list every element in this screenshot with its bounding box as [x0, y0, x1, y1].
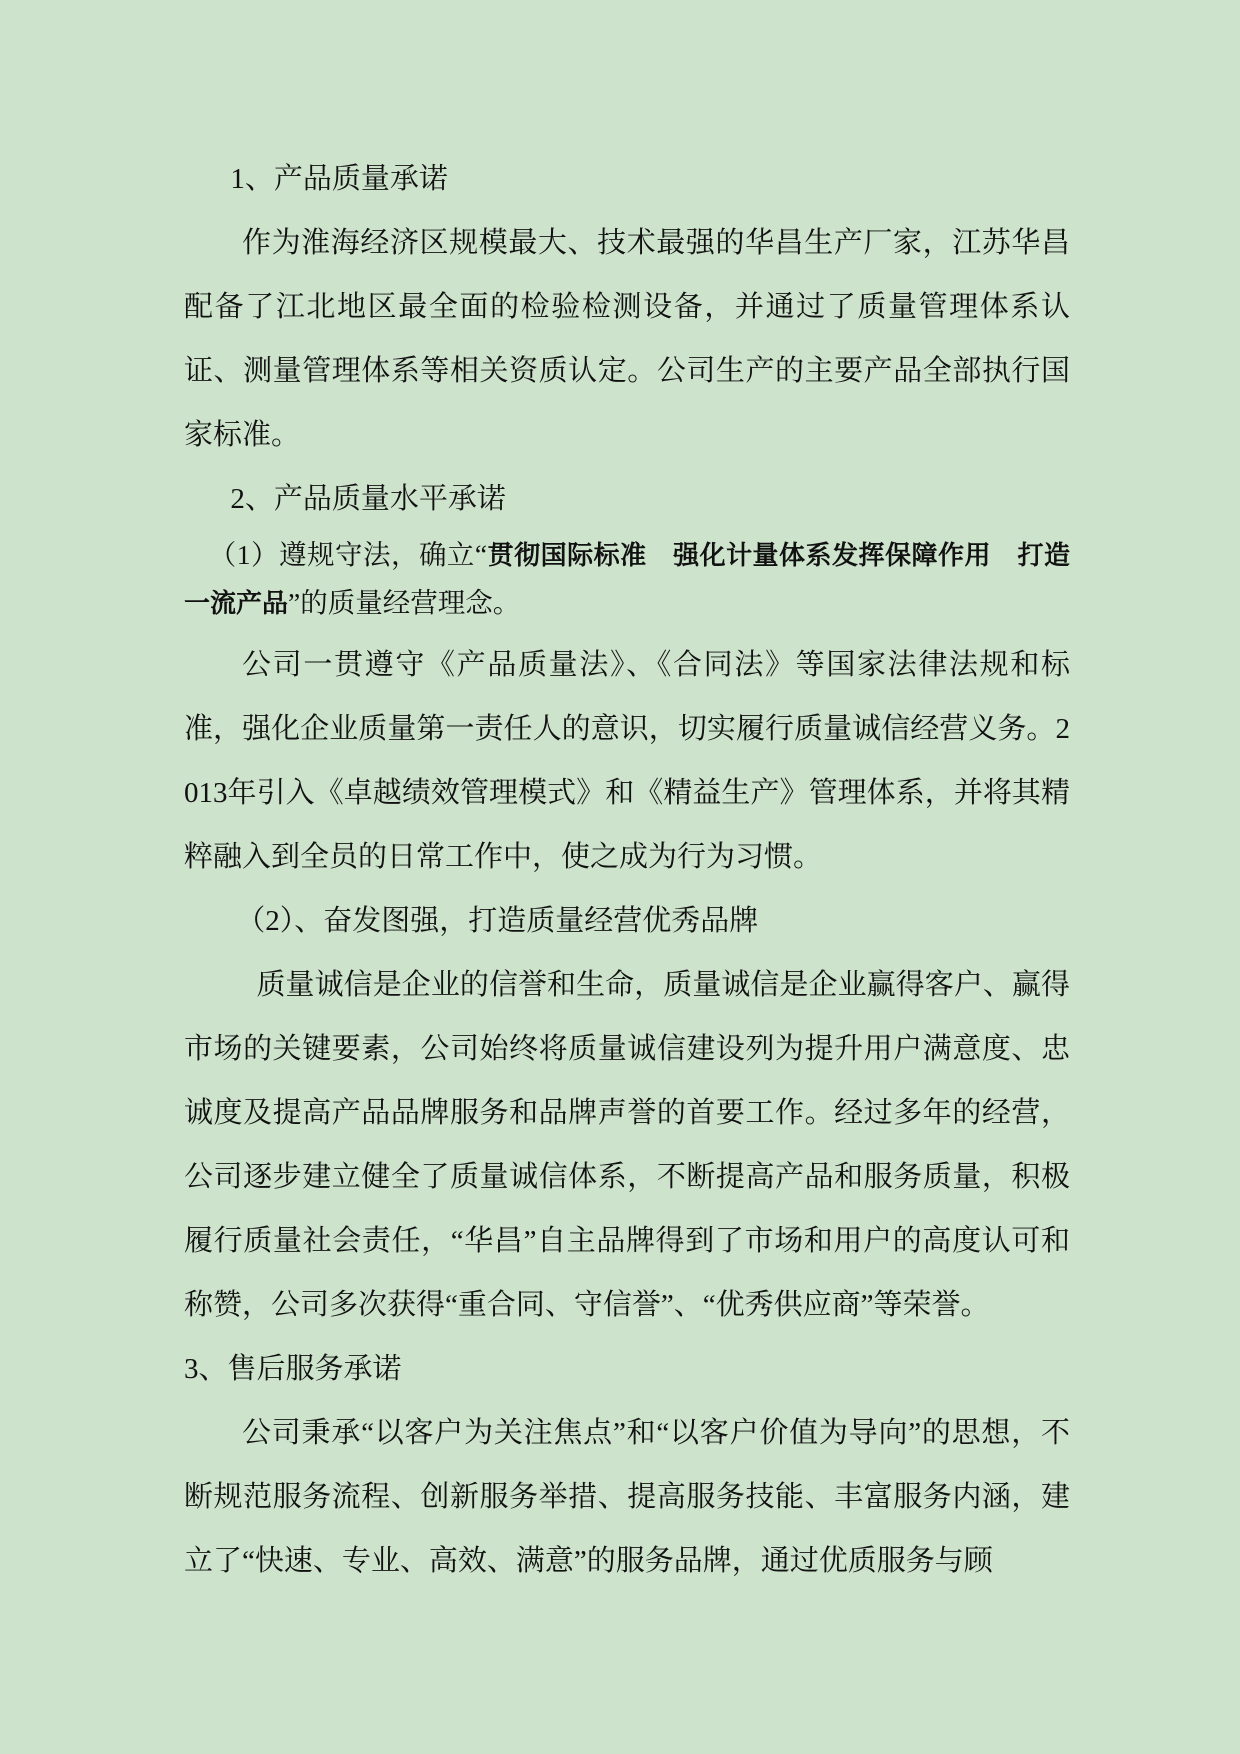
para-service-brand: 公司秉承“以客户为关注焦点”和“以客户价值为导向”的思想，不断规范服务流程、创新…	[184, 1401, 1070, 1593]
para-quality-integrity: 质量诚信是企业的信誉和生命，质量诚信是企业赢得客户、赢得市场的关键要素，公司始终…	[184, 953, 1070, 1337]
para-company-strength: 作为淮海经济区规模最大、技术最强的华昌生产厂家，江苏华昌配备了江北地区最全面的检…	[184, 211, 1070, 467]
text-run: 公司一贯遵守《产品质量法》、《合同法》等国家法律法规和标准，强化企业质量第一责任…	[184, 649, 1070, 873]
para-quality-policy: （1）遵规守法，确立“贯彻国际标准 强化计量体系发挥保障作用 打造一流产品”的质…	[184, 531, 1070, 627]
text-run: 3、售后服务承诺	[184, 1353, 402, 1385]
text-run: （2）、奋发图强，打造质量经营优秀品牌	[236, 905, 758, 937]
text-run: （1）遵规守法，确立“	[209, 539, 487, 570]
text-run: 作为淮海经济区规模最大、技术最强的华昌生产厂家，江苏华昌配备了江北地区最全面的检…	[184, 227, 1070, 451]
text-run: 1、产品质量承诺	[230, 163, 448, 195]
text-run: 2、产品质量水平承诺	[230, 483, 506, 515]
text-run: ”的质量经营理念。	[288, 587, 520, 618]
heading-product-quality-commitment: 1、产品质量承诺	[184, 147, 1070, 211]
heading-brand-building: （2）、奋发图强，打造质量经营优秀品牌	[184, 889, 1070, 953]
heading-quality-level-commitment: 2、产品质量水平承诺	[184, 467, 1070, 531]
text-run: 公司秉承“以客户为关注焦点”和“以客户价值为导向”的思想，不断规范服务流程、创新…	[184, 1417, 1070, 1577]
para-laws-and-systems: 公司一贯遵守《产品质量法》、《合同法》等国家法律法规和标准，强化企业质量第一责任…	[184, 633, 1070, 889]
heading-after-sales-commitment: 3、售后服务承诺	[184, 1337, 1070, 1401]
text-run: 质量诚信是企业的信誉和生命，质量诚信是企业赢得客户、赢得市场的关键要素，公司始终…	[184, 969, 1070, 1321]
document-page: 1、产品质量承诺作为淮海经济区规模最大、技术最强的华昌生产厂家，江苏华昌配备了江…	[0, 0, 1240, 1754]
